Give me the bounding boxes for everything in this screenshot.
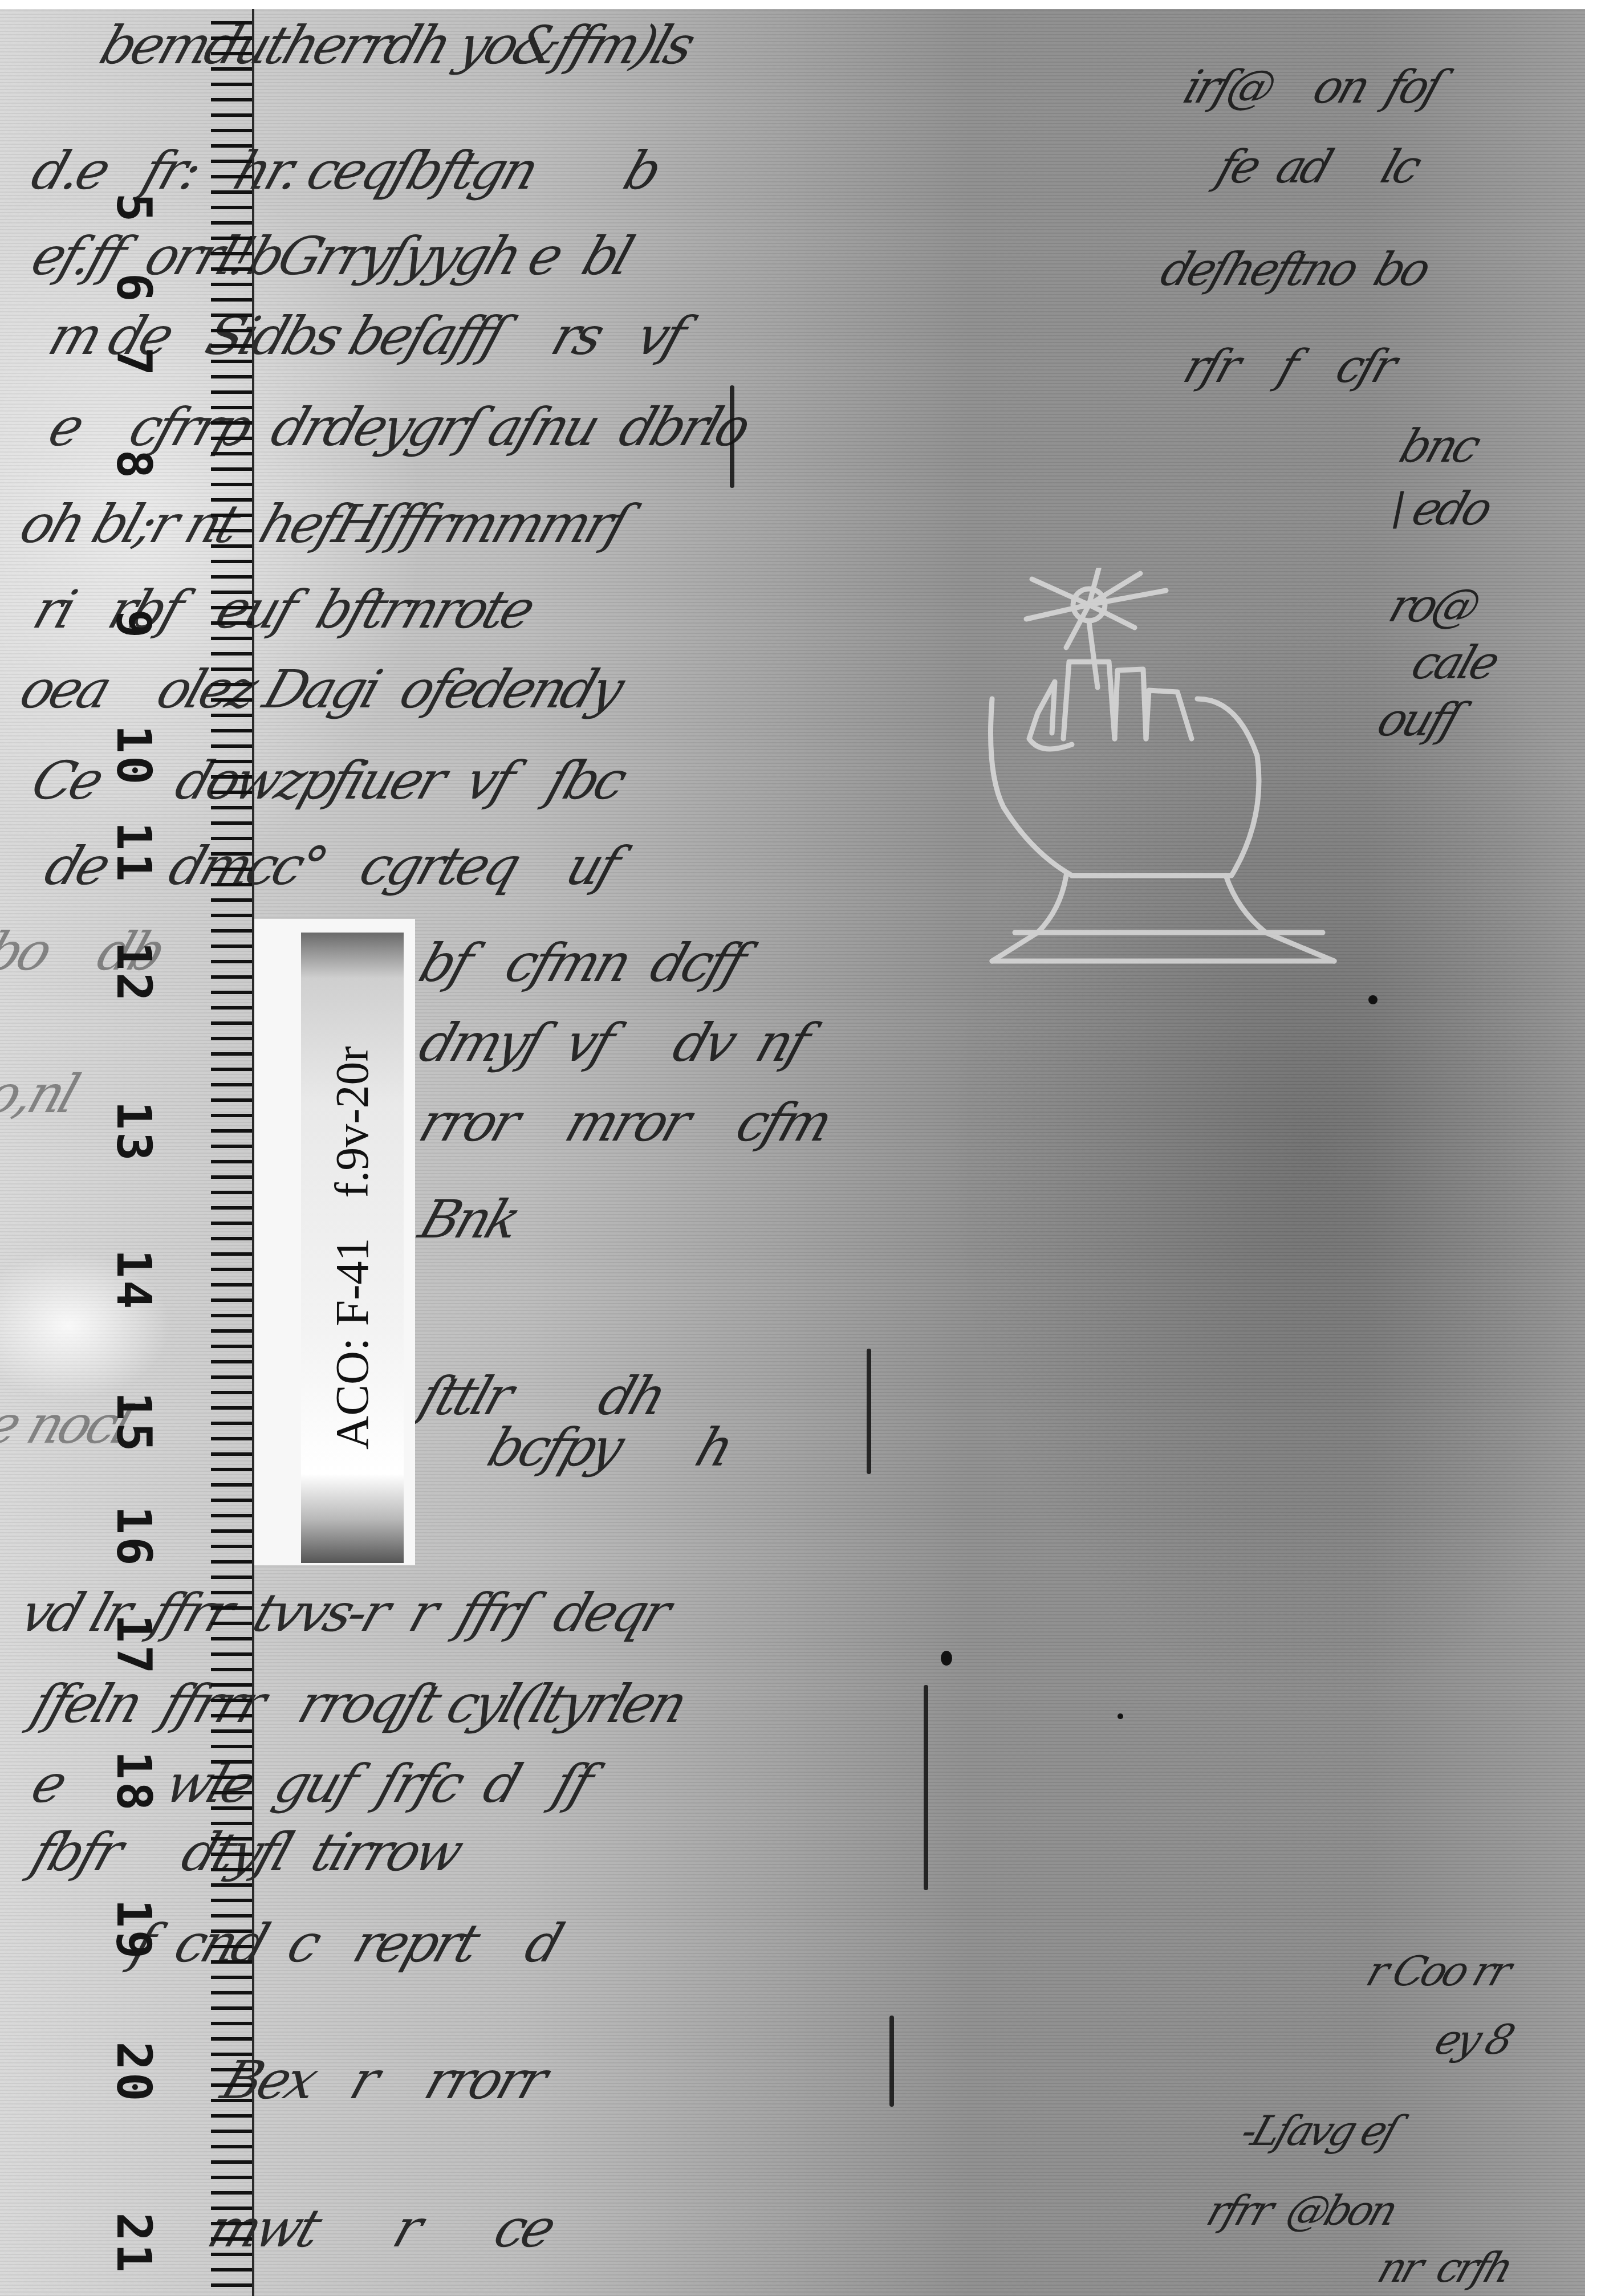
- ruler-label-21: 21: [111, 2207, 157, 2281]
- margin-bleed-through: o,nl: [0, 1064, 84, 1125]
- margin-note: nr crfh: [1372, 2244, 1517, 2291]
- ink-speck: [1118, 1713, 1123, 1719]
- ruler-label-18: 18: [111, 1745, 157, 1819]
- catalog-label-text: ACO: F-41 f.9v-20r: [330, 963, 375, 1533]
- folio-range: f.9v-20r: [326, 1046, 379, 1198]
- ruler-label-9: 9: [111, 588, 157, 662]
- label-separator: :: [326, 1338, 378, 1351]
- catalog-label-card: ACO: F-41 f.9v-20r: [254, 919, 415, 1565]
- ink-stroke: [924, 1685, 928, 1890]
- measurement-ruler: 5 6 7 8 9 10 11 12 13 14 15 16 17 18 19 …: [86, 9, 257, 2296]
- hand-watermark: [969, 568, 1368, 1651]
- handwriting-line: Bnk: [412, 1189, 526, 1250]
- ink-speck: [1368, 995, 1378, 1004]
- hand-star-icon: [969, 568, 1368, 1651]
- ink-stroke: [867, 1349, 871, 1474]
- margin-note: oufſ: [1371, 693, 1465, 746]
- ruler-label-7: 7: [111, 325, 157, 400]
- ruler-label-11: 11: [111, 816, 157, 890]
- ruler-label-15: 15: [111, 1386, 157, 1460]
- margin-note: bnc: [1371, 420, 1485, 473]
- shelfmark: F-41: [326, 1238, 378, 1326]
- ruler-label-10: 10: [111, 719, 157, 793]
- margin-note: irſ@ on foſ: [1177, 60, 1447, 113]
- handwriting-line: rror mror cfm: [412, 1092, 837, 1153]
- ruler-label-5: 5: [111, 172, 157, 246]
- ruler-label-17: 17: [111, 1608, 157, 1682]
- ruler-label-19: 19: [111, 1893, 157, 1967]
- handwriting-line: bf cfmn dcff: [412, 933, 751, 994]
- ruler-label-8: 8: [111, 428, 157, 502]
- ruler-label-6: 6: [111, 251, 157, 325]
- ruler-label-13: 13: [111, 1095, 157, 1169]
- margin-note: -Lſavg eſ: [1235, 2107, 1403, 2155]
- margin-note: cale: [1405, 636, 1504, 689]
- ink-speck: [941, 1651, 952, 1666]
- shelfmark-line: ACO: F-41: [326, 1238, 379, 1450]
- margin-note: rſr f cſr: [1177, 340, 1401, 393]
- ruler-label-20: 20: [111, 2036, 157, 2110]
- ruler-label-14: 14: [111, 1243, 157, 1317]
- handwriting-line: bcfpy h: [481, 1417, 739, 1478]
- margin-note: \ edo: [1383, 482, 1496, 535]
- ink-stroke: [730, 385, 734, 488]
- margin-note: ro@: [1383, 579, 1485, 632]
- catalog-label-panel: ACO: F-41 f.9v-20r: [301, 933, 404, 1563]
- handwriting-line: dmyſ vf dv nf: [412, 1012, 815, 1073]
- archive-code: ACO: [326, 1351, 378, 1450]
- margin-note: fe ad lc: [1177, 140, 1425, 193]
- ruler-label-12: 12: [111, 935, 157, 1009]
- ruler-label-16: 16: [111, 1500, 157, 1574]
- margin-note: rfrr @bon: [1201, 2187, 1401, 2234]
- margin-note: ey 8: [1429, 2016, 1517, 2063]
- margin-note: deſheftno bo: [1155, 243, 1435, 296]
- ink-stroke: [889, 2016, 894, 2107]
- margin-note: r Coo rr: [1360, 1947, 1514, 1995]
